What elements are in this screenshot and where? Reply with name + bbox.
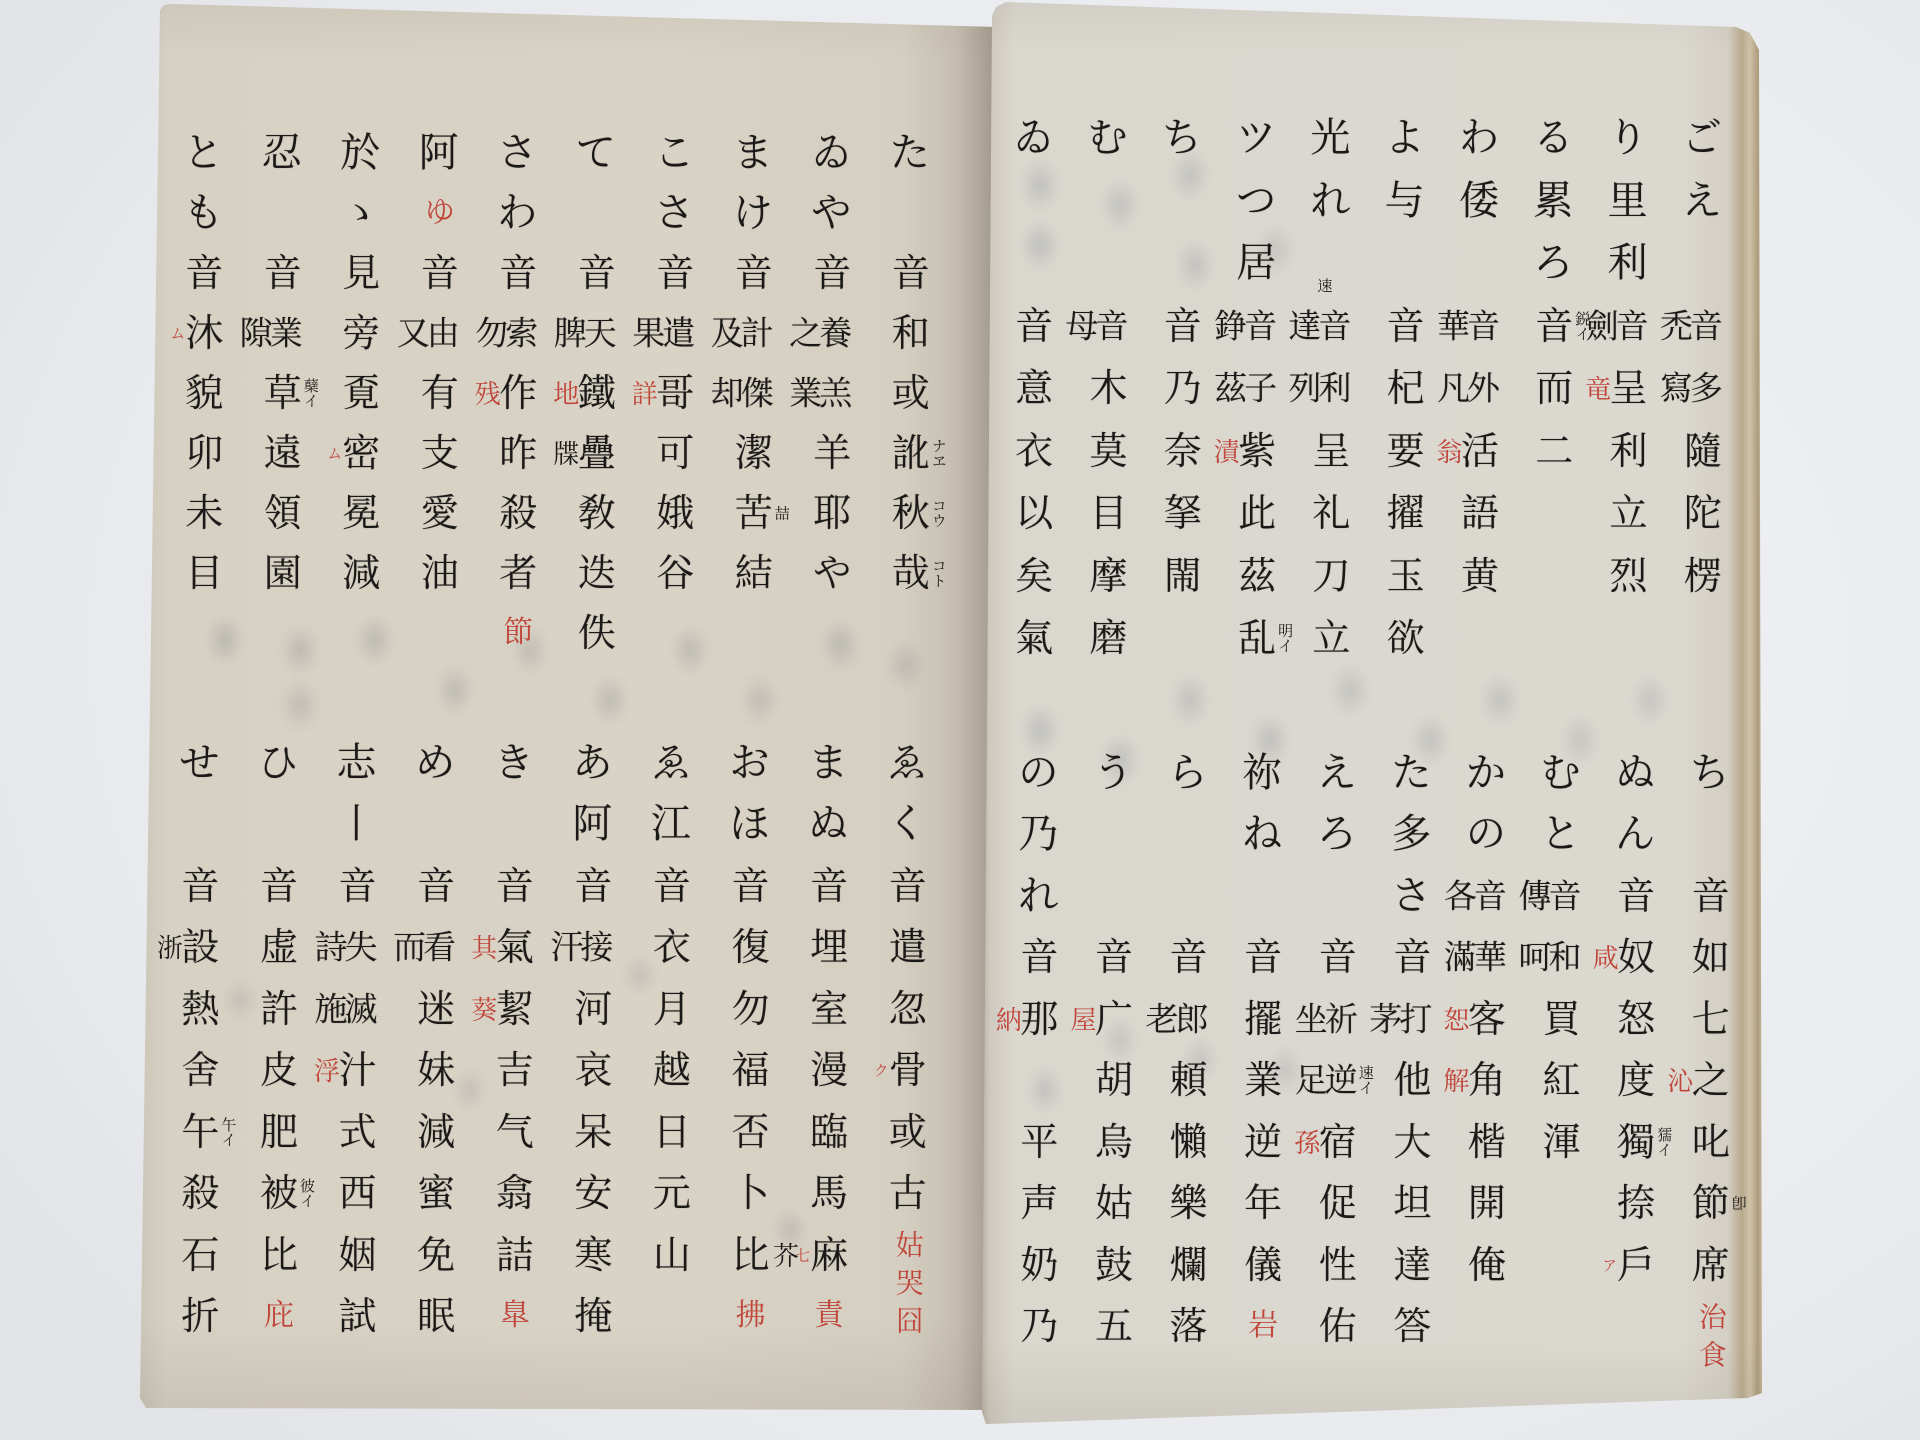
glyph-cell: 禿音 [1666, 295, 1740, 358]
kana-heading: よ [1385, 118, 1425, 158]
glyph-cell: 責 [790, 1286, 869, 1348]
glyph-cell: ろ [1300, 804, 1375, 866]
kana-heading: さ [1391, 876, 1431, 916]
glyph-cell: 於 [322, 123, 401, 183]
glyph-cell [1517, 482, 1591, 545]
glyph-cell: 支 [401, 423, 480, 483]
glyph-cell: 音 [1077, 927, 1152, 989]
glyph-cell: 音 [1599, 865, 1674, 927]
glyph-cell: 呆 [554, 1101, 633, 1163]
kana-heading: ぬ [808, 804, 848, 844]
glyph-cell: 茲 [1220, 545, 1294, 608]
glyph-cell [322, 603, 401, 663]
glyph-cell: 目 [165, 543, 244, 603]
glyph-cell: 紅 [1524, 1050, 1599, 1112]
source-character: 節 [1692, 1184, 1730, 1222]
glyph-cell: 客恕 [1450, 988, 1525, 1050]
source-character: 而 [1535, 369, 1573, 407]
reading-label: 音 [813, 254, 851, 292]
glyph-cell: 呈 [1294, 420, 1368, 483]
source-character: 絜 [496, 990, 534, 1028]
glyph-cell: 覔 [322, 363, 401, 423]
glyph-cell: 音 [554, 855, 633, 917]
kana-heading: ぬ [1615, 753, 1655, 793]
glyph-cell: 音 [711, 855, 790, 917]
glyph-column: る累ろ音鋭イ而二 [1517, 107, 1591, 670]
glyph-column: おほ音復勿福否卜比芥拂 [711, 732, 790, 1347]
glyph-cell [1369, 232, 1443, 295]
source-character: 妹 [417, 1051, 455, 1089]
glyph-cell: 買 [1524, 988, 1599, 1050]
glyph-cell: も [165, 183, 244, 243]
glyph-cell: 娥 [636, 483, 715, 543]
left-page-upper-kana-table: た音和或訛ナヱ秋コウ哉コトゐや音之養業羔羊耶やまけ音及計却傑潔苦喆結こさ音果遣哥… [165, 123, 950, 663]
source-character: 福 [732, 1051, 770, 1089]
source-character: 呵和 [1519, 941, 1579, 974]
source-character: 却傑 [711, 377, 771, 410]
source-character: 敎 [578, 494, 616, 532]
source-character: 被 [260, 1174, 298, 1212]
source-character: 氣 [496, 928, 534, 966]
source-character: 舍 [181, 1051, 219, 1089]
glyph-cell: 坦 [1375, 1173, 1450, 1235]
glyph-cell: 音 [793, 243, 872, 303]
glyph-cell: 茲子 [1220, 357, 1294, 420]
glyph-cell: 冕 [322, 483, 401, 543]
glyph-column: さわ音勿索作残昨殺者節 [479, 123, 558, 663]
source-character: 油 [421, 554, 459, 592]
glyph-cell: 氣 [997, 607, 1071, 670]
gloss-annotation: 速 [1316, 278, 1331, 293]
source-character: 娥 [656, 494, 694, 532]
source-character: や [813, 554, 851, 592]
glyph-cell [475, 794, 554, 856]
right-page-upper-kana-table: ごえ禿音寫多隨陀楞り里利劍音呈竜利立烈る累ろ音鋭イ而二わ倭華音凡外活翁語黄よ与音… [997, 107, 1740, 670]
glyph-cell [997, 170, 1071, 233]
reading-label: 音 [417, 867, 455, 905]
source-character: 胡 [1095, 1061, 1133, 1099]
kana-heading: ね [1242, 814, 1282, 854]
glyph-cell: あ [554, 732, 633, 794]
glyph-cell: 居 [1220, 232, 1294, 295]
source-character: 戶 [1617, 1246, 1655, 1284]
glyph-cell: 氣其 [475, 917, 554, 979]
source-character: 寒 [574, 1236, 612, 1274]
glyph-cell: つ [1220, 170, 1294, 233]
source-character: 殺 [499, 494, 537, 532]
glyph-cell: 耶 [793, 483, 872, 543]
glyph-cell: 鼓 [1077, 1234, 1152, 1296]
source-character: 設 [181, 928, 219, 966]
source-character: 擢 [1387, 494, 1425, 532]
source-character: 可 [656, 434, 694, 472]
glyph-cell: 落 [1151, 1296, 1226, 1358]
reading-label: 音 [181, 867, 219, 905]
source-character: 紅 [1543, 1061, 1581, 1099]
glyph-cell: 寒 [554, 1224, 633, 1286]
source-character: 七 [1692, 1000, 1730, 1038]
glyph-cell: 比芥 [711, 1224, 790, 1286]
source-character: 詩失 [315, 931, 375, 964]
glyph-cell: 多 [1375, 804, 1450, 866]
reading-label: 音 [260, 867, 298, 905]
glyph-column: とも音沐ム貌卯未目 [165, 123, 244, 663]
glyph-cell: 鐵地 [558, 363, 637, 423]
glyph-cell: や [793, 183, 872, 243]
kana-heading: 阿 [419, 133, 459, 173]
source-character: 及計 [711, 317, 771, 350]
kana-heading: ん [1615, 814, 1655, 854]
glyph-cell: 復 [711, 917, 790, 979]
glyph-cell: 園 [244, 543, 323, 603]
glyph-cell: 汁浮 [318, 1040, 397, 1102]
kana-heading: む [1087, 118, 1127, 158]
reading-label: 音 [810, 867, 848, 905]
glyph-column: わ倭華音凡外活翁語黄 [1443, 107, 1517, 670]
red-annotation: 納 [993, 1006, 1019, 1032]
glyph-column: 光れ速達音列利呈礼刀立 [1294, 107, 1368, 670]
reading-label: 各音 [1444, 879, 1504, 912]
glyph-cell: 秋コウ [872, 483, 951, 543]
source-character: 欲 [1387, 619, 1425, 657]
glyph-cell: 者 [479, 543, 558, 603]
kana-heading: け [733, 193, 773, 233]
glyph-cell: 衣 [997, 420, 1071, 483]
source-character: 河 [574, 990, 612, 1028]
glyph-cell: 促 [1300, 1173, 1375, 1235]
source-character: 節 [503, 618, 533, 648]
glyph-cell: 音 [997, 295, 1071, 358]
glyph-cell: 音 [161, 855, 240, 917]
kana-heading: た [890, 133, 930, 173]
glyph-cell: ゑ [868, 732, 947, 794]
source-character: 凡外 [1437, 372, 1497, 405]
glyph-cell: 昨 [479, 423, 558, 483]
glyph-cell: 勿索 [479, 303, 558, 363]
glyph-cell: 施滅 [318, 978, 397, 1040]
glyph-cell: 音 [1151, 927, 1226, 989]
glyph-cell: ご [1666, 107, 1740, 170]
source-character: 勿索 [475, 317, 535, 350]
glyph-cell: 却傑 [715, 363, 794, 423]
glyph-cell: 捺 [1599, 1173, 1674, 1235]
glyph-cell: 減 [397, 1101, 476, 1163]
glyph-column: う音广屋胡烏姑鼓五 [1077, 742, 1152, 1357]
kana-heading: 多 [1391, 814, 1431, 854]
glyph-cell: 如 [1673, 927, 1748, 989]
kana-heading: の [1466, 814, 1506, 854]
glyph-cell: 懶 [1151, 1111, 1226, 1173]
glyph-cell: や [793, 543, 872, 603]
source-character: 擺 [1244, 1000, 1282, 1038]
glyph-cell: 馬 [790, 1163, 869, 1225]
source-character: 岩 [1248, 1311, 1278, 1341]
glyph-cell: 滿華 [1450, 927, 1525, 989]
glyph-cell: 音 [1369, 295, 1443, 358]
glyph-cell [872, 183, 951, 243]
glyph-cell: ね [1226, 804, 1301, 866]
glyph-cell: 擺 [1226, 988, 1301, 1050]
reading-label: 音 [339, 867, 377, 905]
glyph-cell: ぬ [1599, 742, 1674, 804]
glyph-cell: 玉 [1369, 545, 1443, 608]
glyph-cell: 傳音 [1524, 865, 1599, 927]
source-character: 遣 [889, 928, 927, 966]
reading-label: 傳音 [1519, 879, 1579, 912]
glyph-cell: 胡 [1077, 1050, 1152, 1112]
glyph-cell: 皮 [240, 1040, 319, 1102]
glyph-cell: 石 [161, 1224, 240, 1286]
source-character: 汁 [339, 1051, 377, 1089]
source-character: 立 [1312, 619, 1350, 657]
glyph-cell: 式 [318, 1101, 397, 1163]
source-character: 馬 [810, 1174, 848, 1212]
gloss-annotation: 鋭イ [1574, 311, 1589, 341]
glyph-column: 忍音隙業草蘖イ遠領園 [244, 123, 323, 663]
glyph-cell: 莫 [1071, 420, 1145, 483]
source-character: 臯 [500, 1301, 530, 1331]
glyph-column: て音脾天鐵地疊牒敎迭佚 [558, 123, 637, 663]
source-character: 促 [1319, 1184, 1357, 1222]
glyph-cell: 音 [165, 243, 244, 303]
source-character: 開 [1468, 1184, 1506, 1222]
glyph-cell [1226, 865, 1301, 927]
glyph-cell [1146, 607, 1220, 670]
reading-label: 音 [653, 867, 691, 905]
glyph-cell: 阿 [554, 794, 633, 856]
gloss-annotation: コト [931, 558, 946, 588]
source-character: 否 [732, 1113, 770, 1151]
glyph-cell: 汗接 [554, 917, 633, 979]
source-character: 減 [342, 554, 380, 592]
glyph-cell: 里 [1591, 170, 1665, 233]
kana-heading: ま [733, 133, 773, 173]
glyph-cell: 利 [1591, 232, 1665, 295]
source-character: 許 [260, 990, 298, 1028]
glyph-cell: 遣 [868, 917, 947, 979]
glyph-cell: 大 [1375, 1111, 1450, 1173]
source-character: 性 [1319, 1246, 1357, 1284]
glyph-cell: 宿孫 [1300, 1111, 1375, 1173]
reading-label: 達音 [1288, 309, 1348, 342]
glyph-column: ら音老郎頼懶樂爛落 [1151, 742, 1226, 1357]
kana-heading: た [1391, 753, 1431, 793]
gloss-annotation: 芥 [771, 1242, 797, 1268]
source-character: 隙業 [240, 317, 300, 350]
glyph-cell: 未 [165, 483, 244, 543]
source-character: 月 [653, 990, 691, 1028]
glyph-cell: 烏 [1077, 1111, 1152, 1173]
source-character: 比 [260, 1236, 298, 1274]
glyph-cell: 而 [1517, 357, 1591, 420]
glyph-cell: 詰 [475, 1224, 554, 1286]
glyph-cell: 性 [1300, 1234, 1375, 1296]
glyph-cell: 華音 [1443, 295, 1517, 358]
reading-label: 音 [185, 254, 223, 292]
glyph-cell: 及計 [715, 303, 794, 363]
source-character: 旁 [342, 314, 380, 352]
glyph-cell: と [165, 123, 244, 183]
glyph-cell: 五 [1077, 1296, 1152, 1358]
glyph-cell: 哉コト [872, 543, 951, 603]
source-character: 鼓 [1095, 1246, 1133, 1284]
source-character: 潔 [735, 434, 773, 472]
source-character: 果遣 [632, 317, 692, 350]
source-character: 老郎 [1146, 1002, 1206, 1035]
glyph-cell: 哥詳 [636, 363, 715, 423]
glyph-cell: 与 [1369, 170, 1443, 233]
source-character: 或 [892, 374, 930, 412]
source-character: 愛 [421, 494, 459, 532]
glyph-cell: 他 [1375, 1050, 1450, 1112]
glyph-cell: 詩失 [318, 917, 397, 979]
glyph-cell: わ [1443, 107, 1517, 170]
source-character: 俺 [1468, 1246, 1506, 1284]
glyph-cell [1517, 545, 1591, 608]
glyph-cell: 音 [1226, 927, 1301, 989]
source-character: 捺 [1617, 1184, 1655, 1222]
glyph-cell: 速 [1294, 232, 1368, 295]
source-character: 減 [417, 1113, 455, 1151]
glyph-cell: 以 [997, 482, 1071, 545]
source-character: 黄 [1461, 557, 1499, 595]
source-character: 叱 [1692, 1123, 1730, 1161]
source-character: 苦 [735, 494, 773, 532]
glyph-cell: 虚 [240, 917, 319, 979]
source-character: 二 [1535, 432, 1573, 470]
glyph-cell: 寫多 [1666, 357, 1740, 420]
source-character: 谷 [656, 554, 694, 592]
glyph-cell: 光 [1294, 107, 1368, 170]
reading-label: 錚音 [1214, 309, 1274, 342]
glyph-cell [633, 1286, 712, 1348]
glyph-cell: り [1591, 107, 1665, 170]
source-character: 訛 [892, 434, 930, 472]
glyph-cell: 拂 [711, 1286, 790, 1348]
source-character: 復 [732, 928, 770, 966]
glyph-cell: 怒 [1599, 988, 1674, 1050]
source-character: 閙 [1164, 557, 1202, 595]
glyph-cell: わ [479, 183, 558, 243]
glyph-cell: 志 [318, 732, 397, 794]
kana-heading: 光 [1310, 118, 1350, 158]
source-character: 摩 [1089, 557, 1127, 595]
glyph-cell: 乃 [1002, 1296, 1077, 1358]
reading-label: 音 [264, 254, 302, 292]
source-character: 利 [1610, 432, 1648, 470]
glyph-cell: 卯 [165, 423, 244, 483]
glyph-cell: 佑 [1300, 1296, 1375, 1358]
glyph-cell: 沐ム [165, 303, 244, 363]
kana-heading: 里 [1608, 181, 1648, 221]
glyph-cell: 吉 [475, 1040, 554, 1102]
source-character: 滿華 [1444, 941, 1504, 974]
glyph-cell: 姻 [318, 1224, 397, 1286]
source-character: 以 [1015, 494, 1053, 532]
glyph-cell [1524, 1296, 1599, 1358]
kana-heading: と [183, 133, 223, 173]
glyph-cell: 音 [558, 243, 637, 303]
glyph-cell: か [1450, 742, 1525, 804]
source-character: 冕 [342, 494, 380, 532]
source-character: 或 [889, 1113, 927, 1151]
glyph-cell: 設浙 [161, 917, 240, 979]
glyph-cell [636, 603, 715, 663]
glyph-cell: 閙 [1146, 545, 1220, 608]
glyph-cell [1151, 804, 1226, 866]
reading-label: 音 [735, 254, 773, 292]
source-character: 安 [574, 1174, 612, 1212]
glyph-cell: 立 [1591, 482, 1665, 545]
source-character: 忽 [889, 990, 927, 1028]
kana-heading: 乃 [1018, 814, 1058, 854]
glyph-column: まけ音及計却傑潔苦喆結 [715, 123, 794, 663]
source-character: 奶 [1020, 1246, 1058, 1284]
source-character: 有 [421, 374, 459, 412]
source-character: 隨 [1684, 432, 1722, 470]
glyph-cell: 音 [790, 855, 869, 917]
source-character: 角 [1468, 1061, 1506, 1099]
glyph-cell: 音鋭イ [1517, 295, 1591, 358]
source-character: 目 [185, 554, 223, 592]
source-character: 式 [339, 1113, 377, 1151]
source-character: 脾天 [554, 317, 614, 350]
kana-heading: ツ [1236, 118, 1276, 158]
glyph-column: め音而看迷妹減蜜免眠 [397, 732, 476, 1347]
source-character: 覔 [342, 374, 380, 412]
glyph-cell: 減 [322, 543, 401, 603]
glyph-cell: 語 [1443, 482, 1517, 545]
glyph-cell: 密ム [322, 423, 401, 483]
source-character: 折 [181, 1297, 219, 1335]
glyph-cell: む [1071, 107, 1145, 170]
source-character: 羊 [813, 434, 851, 472]
source-character: 昨 [499, 434, 537, 472]
glyph-cell: 否 [711, 1101, 790, 1163]
glyph-cell: 拏 [1146, 482, 1220, 545]
reading-label: 音 [1170, 938, 1208, 976]
glyph-cell: 安 [554, 1163, 633, 1225]
source-character: 乃 [1164, 369, 1202, 407]
glyph-cell: 被彼イ [240, 1163, 319, 1225]
glyph-cell: 敎 [558, 483, 637, 543]
source-character: 鐵 [578, 374, 616, 412]
source-character: 目 [1089, 494, 1127, 532]
glyph-cell [558, 183, 637, 243]
glyph-cell: の [1002, 742, 1077, 804]
glyph-cell: 殺 [479, 483, 558, 543]
glyph-cell: 果遣 [636, 303, 715, 363]
glyph-cell: 列利 [1294, 357, 1368, 420]
glyph-cell: 作残 [479, 363, 558, 423]
glyph-cell: 福 [711, 1040, 790, 1102]
glyph-cell: 迷 [397, 978, 476, 1040]
kana-heading: ろ [1317, 814, 1357, 854]
glyph-cell: こ [636, 123, 715, 183]
kana-heading: さ [497, 133, 537, 173]
source-character: 活 [1461, 432, 1499, 470]
gloss-annotation: 速イ [1358, 1065, 1373, 1095]
source-character: 哀 [574, 1051, 612, 1089]
glyph-cell: 广屋 [1077, 988, 1152, 1050]
glyph-cell: 音 [240, 855, 319, 917]
glyph-cell: 呈竜 [1591, 357, 1665, 420]
glyph-cell: せ [161, 732, 240, 794]
glyph-cell [1443, 607, 1517, 670]
glyph-cell: 俺 [1450, 1234, 1525, 1296]
glyph-cell: 音 [1146, 295, 1220, 358]
source-character: 而看 [393, 931, 453, 964]
